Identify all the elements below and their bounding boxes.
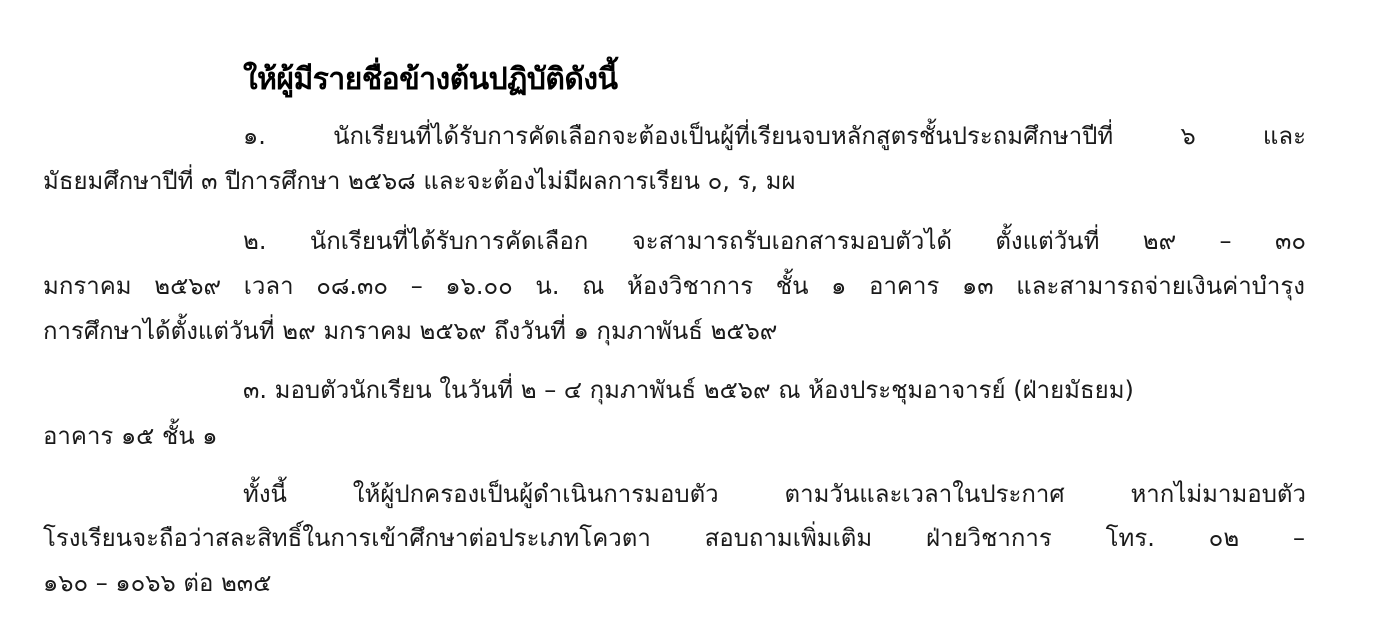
item-2-line-2: มกราคม ๒๕๖๙ เวลา ๐๘.๓๐ – ๑๖.๐๐ น. ณ ห้อง… [43,269,1305,303]
closing-line-3: ๑๖๐ – ๑๐๖๖ ต่อ ๒๓๕ [43,566,271,600]
item-2-line-3: การศึกษาได้ตั้งแต่วันที่ ๒๙ มกราคม ๒๕๖๙ … [43,314,777,348]
announcement-page: ให้ผู้มีรายชื่อข้างต้นปฏิบัติดังนี้ ๑. น… [0,0,1375,621]
item-1-line-1: ๑. นักเรียนที่ได้รับการคัดเลือกจะต้องเป็… [243,119,1306,153]
item-3-line-2: อาคาร ๑๕ ชั้น ๑ [43,419,218,453]
item-2-line-1: ๒. นักเรียนที่ได้รับการคัดเลือก จะสามารถ… [243,224,1306,258]
document-heading: ให้ผู้มีรายชื่อข้างต้นปฏิบัติดังนี้ [243,56,618,103]
item-1-line-2: มัธยมศึกษาปีที่ ๓ ปีการศึกษา ๒๕๖๘ และจะต… [43,164,796,198]
item-3-line-1: ๓. มอบตัวนักเรียน ในวันที่ ๒ – ๔ กุมภาพั… [243,373,1134,407]
closing-line-1: ทั้งนี้ ให้ผู้ปกครองเป็นผู้ดำเนินการมอบต… [243,477,1306,511]
closing-line-2: โรงเรียนจะถือว่าสละสิทธิ์ในการเข้าศึกษาต… [43,521,1305,555]
